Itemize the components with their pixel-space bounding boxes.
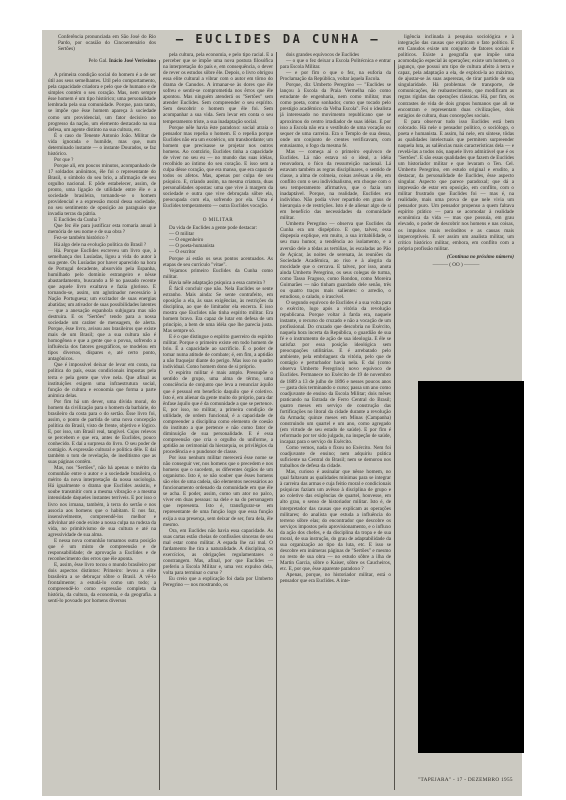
column-4-body: ligência inclinada à pesquisa sociológic… bbox=[398, 34, 514, 252]
paragraph: Porque nêle havia êste paradoxo: social … bbox=[163, 125, 273, 210]
column-1: Conferência pronunciada em São José do R… bbox=[48, 34, 156, 794]
section-title: O MILITAR bbox=[163, 217, 273, 223]
continued-note: (Continua no próximo número) bbox=[398, 254, 514, 260]
paragraph: É o caso do Tenente Antonio João. Milita… bbox=[48, 133, 156, 157]
article-subhead: Conferência pronunciada em São José do R… bbox=[48, 34, 156, 52]
paragraph: Por fim há um dever, uma dívida moral, d… bbox=[48, 399, 156, 466]
paragraph: Que é impossível deixar de levar em cont… bbox=[48, 362, 156, 398]
paragraph: pela cultura, pela economia, e pelo tipo… bbox=[163, 52, 273, 125]
article-headline: — EUCLIDES DA CUNHA — bbox=[160, 32, 396, 46]
paragraph: Mas, nos "Sertões", não há apenas o méri… bbox=[48, 465, 156, 538]
paragraph: Mas, curioso é assinalar que nêsse homem… bbox=[280, 469, 391, 572]
column-2-body-continued: Porque aí estão os seus pontos acentuado… bbox=[163, 256, 273, 589]
paragraph: Ora, em Euclides não havia essa capacida… bbox=[163, 528, 273, 576]
paragraph: Por isso nenhum militar merecerá êsse no… bbox=[163, 455, 273, 528]
column-2-body: pela cultura, pela economia, e pelo tipo… bbox=[163, 52, 273, 209]
paragraph: — o que o fez deixar a Escola Politécnic… bbox=[280, 58, 391, 70]
paragraph: Vejamos primeiro Euclides da Cunha como … bbox=[163, 268, 273, 280]
paragraph: E é o que distingue o espírito guerreiro… bbox=[163, 334, 273, 370]
paragraph: E nessa nova comunhão tomamos outra posi… bbox=[48, 538, 156, 562]
section-list: — O militar— O engenheiro— O poeta-human… bbox=[163, 231, 273, 255]
paragraph: Apenas, porque, no historiador militar, … bbox=[280, 572, 391, 584]
paragraph: Como vemos, nada o fixou no Exército. Ne… bbox=[280, 445, 391, 469]
paragraph: E para observar tudo isso Euclides está … bbox=[398, 119, 514, 252]
paragraph: Porque, diz Umberto Peregrino — "Euclide… bbox=[280, 82, 391, 149]
paragraph: O espírito militar é mais amplo. Pressup… bbox=[163, 370, 273, 455]
paragraph: O segundo equívoco de Euclides é a sua v… bbox=[280, 300, 391, 445]
column-divider bbox=[276, 52, 277, 790]
redacted-block bbox=[418, 381, 524, 753]
paragraph: A primeira condição social do homem é a … bbox=[48, 72, 156, 132]
page-footer: "TAPEJARA" - 17 - DEZEMBRO 1955 bbox=[418, 777, 524, 783]
column-divider bbox=[394, 60, 395, 790]
ornament-divider: ——— ( OO ) ——— bbox=[398, 262, 514, 268]
column-1-body: A primeira condição social do homem é a … bbox=[48, 72, 156, 604]
paragraph: Que fez êle para justificar esta romaria… bbox=[48, 223, 156, 235]
column-3: dois grandes equívocos de Euclides— o qu… bbox=[280, 52, 391, 794]
paragraph: Porque aí estão os seus pontos acentuado… bbox=[163, 256, 273, 268]
paragraph: — e por fim o que o fez, na euforia da P… bbox=[280, 70, 391, 82]
paragraph: Há algo dele na evolução política do Bra… bbox=[48, 242, 156, 248]
paragraph: Há. Porque Euclides escreveu um livro qu… bbox=[48, 248, 156, 363]
paragraph: E, assim, êsse livro tocou o mundo brasi… bbox=[48, 562, 156, 604]
newspaper-page: — EUCLIDES DA CUNHA — Conferência pronun… bbox=[42, 30, 522, 796]
paragraph: Umberto Peregrino — observa que Euclides… bbox=[280, 221, 391, 300]
column-2: pela cultura, pela economia, e pelo tipo… bbox=[163, 52, 273, 794]
column-3-body: dois grandes equívocos de Euclides— o qu… bbox=[280, 52, 391, 584]
paragraph: Eu creio que a explicação foi dada por U… bbox=[163, 576, 273, 588]
byline: Pelo Gal. Inácio José Veríssimo bbox=[48, 58, 156, 64]
paragraph: Havia nêle adaptação psíquica a essa car… bbox=[163, 280, 273, 286]
paragraph: Mas — começa aí o primeiro equívoco de E… bbox=[280, 149, 391, 222]
paragraph: ligência inclinada à pesquisa sociológic… bbox=[398, 34, 514, 119]
paragraph: É fácil concluir que não. Nela Euclides … bbox=[163, 286, 273, 334]
paragraph: Porque ali, em poucos minutos, acompanha… bbox=[48, 163, 156, 217]
column-divider bbox=[159, 60, 160, 790]
